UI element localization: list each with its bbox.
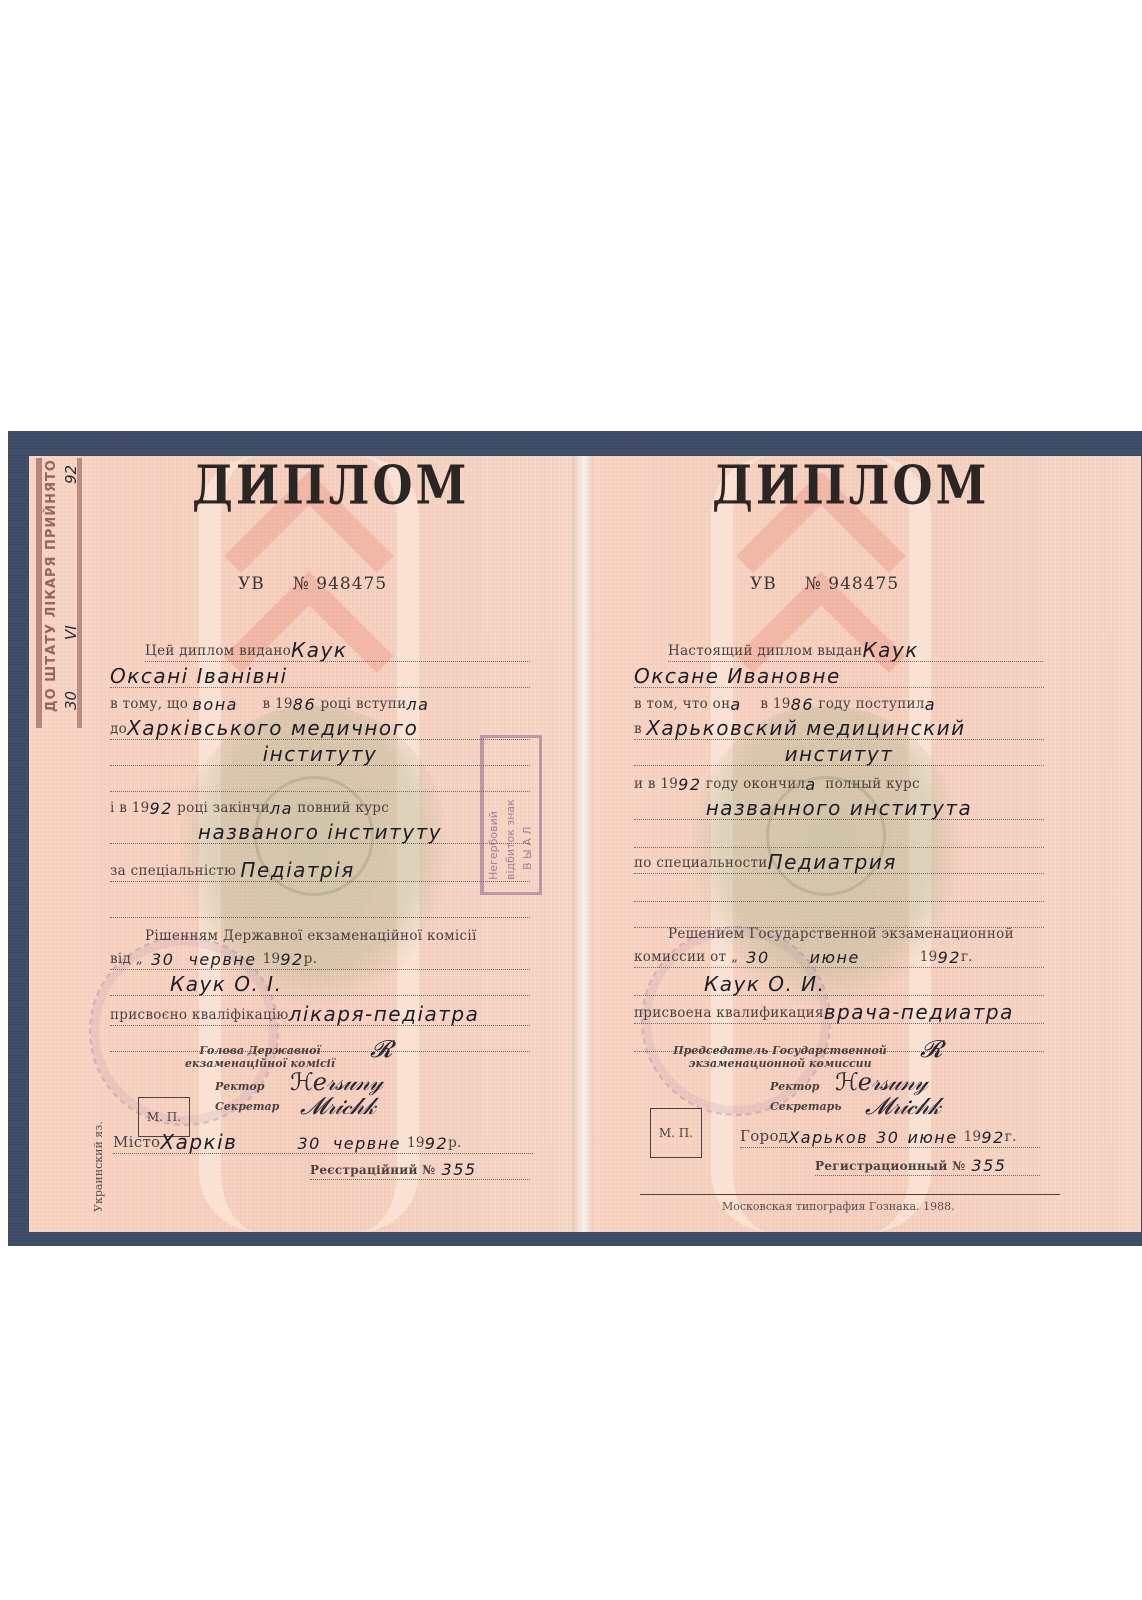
city: Харків [160,1132,237,1153]
specialty: Педиатрия [768,852,897,873]
holder-row: Каук О. І. [110,974,530,996]
institution-line2: институт [785,744,894,765]
year-prefix: 19 [407,1135,425,1153]
booklet-fold [572,456,594,1232]
diploma-number: 948475 [316,574,387,594]
commission-decision-label: Решением Государственной экзаменационной [668,926,1014,944]
blank-row [634,826,1044,848]
blank-row [634,880,1044,902]
commission-decision-label: Рішенням Державної екзаменаційної комісі… [145,928,477,946]
in-that-label: в тому, що [110,696,188,714]
city-date-row: Місто Харків 30 червне 19 92 р. [113,1132,533,1154]
surname: Каук [862,640,918,661]
finished-label: году окончил [706,776,806,794]
hired-stamp-month: VI [62,625,80,640]
serial-number-left: УВ№ 948475 [238,574,387,594]
registration-row: Регистрационный № 355 [815,1154,1040,1176]
given-names: Оксане Ивановне [634,666,841,687]
chair-signature: 𝓡 [370,1035,391,1063]
entry-year: 86 [791,697,814,714]
issue-day: 30 [297,1136,320,1153]
number-prefix: № [293,574,310,594]
year-suffix: р. [304,951,318,969]
series: УВ [238,574,265,594]
decision-day: 30 [151,952,174,969]
given-names-row: Оксані Іванівні [110,666,530,688]
specialty: Педіатрія [240,860,354,881]
to-label: в [634,721,642,739]
secretary-signature: 𝓜𝓇𝒾𝒸𝒽𝓀 [300,1092,375,1120]
entry-year: 86 [293,697,316,714]
language-note: Украинский яз. [92,1121,105,1212]
specialty-row: по специальности Педиатрия [634,852,1044,874]
commission-row: Решением Государственной экзаменационной [668,922,1048,944]
year-suffix: г. [961,949,973,967]
pronoun-suffix: а [730,697,760,714]
issue-month: июне [907,1130,957,1147]
diploma-title-left: ДИПЛОМ [192,454,469,516]
given-names: Оксані Іванівні [110,666,288,687]
institution-row-2: институт [634,744,1044,766]
surname: Каук [291,640,347,661]
commission-label: комиссии от „ [634,949,738,967]
institution-line1: Харківського медичного [127,718,418,739]
registration-number: 355 [442,1162,477,1179]
graduation-year-row: и в 19 92 году окончил а полный курс [634,772,1044,794]
year-prefix: 19 [964,1129,982,1147]
chair-label-line1: Председатель Государственной [660,1044,900,1057]
qualification: лікаря-педіатра [289,1004,480,1025]
issued-to-row: Цей диплом видано Каук [145,640,530,662]
rector-label: Ректор [770,1080,819,1093]
year-prefix: в 19 [760,696,790,714]
issued-to-row: Настоящий диплом выдан Каук [668,640,1043,662]
qualification-row: присвоєно кваліфікацію лікаря-педіатра [110,1004,530,1026]
chair-label: Председатель Государственной экзаменацио… [660,1044,900,1070]
full-course-label: повний курс [297,800,389,818]
number-prefix: № [805,574,822,594]
rector-label: Ректор [215,1080,264,1093]
printer-note: Московская типография Гознака. 1988. [722,1200,955,1213]
named-institute: названого інституту [198,822,442,843]
entered-label: році вступи [320,696,406,714]
holder-short-name: Каук О. И. [704,974,826,995]
secretary-signature: 𝓜𝓇𝒾𝒸𝒽𝓀 [865,1092,940,1120]
issue-month: червне [333,1136,401,1153]
registration-label: Реєстраційний № [310,1163,436,1179]
decision-day: 30 [746,950,769,967]
blank-row [110,770,530,792]
pronoun: вона [193,697,263,714]
bottom-rule [640,1194,1060,1195]
issue-day: 30 [876,1130,899,1147]
entry-year-row: в тому, що вона в 19 86 році вступи ла [110,692,530,714]
institution-row: в Харьковский медицинский [634,718,1044,740]
decision-date-row: від „ 30 червне 19 92 р. [110,948,530,970]
year-prefix: и в 19 [634,776,678,794]
year-prefix: 19 [263,951,281,969]
specialty-label: за спеціальністю [110,863,236,881]
city-date-row: Город Харьков 30 июне 19 92 г. [740,1126,1040,1148]
decision-year: 92 [280,952,303,969]
chair-label-line1: Голова Державної [175,1044,345,1057]
named-institute-row: названного института [634,798,1044,820]
graduation-year: 92 [678,777,701,794]
issue-year: 92 [981,1130,1004,1147]
to-label: до [110,721,127,739]
decision-month: червне [188,952,256,969]
entered-suffix: ла [406,697,429,714]
entry-year-row: в том, что он а в 19 86 году поступил а [634,692,1044,714]
holder-short-name: Каук О. І. [170,974,282,995]
from-label: від „ [110,951,143,969]
city: Харьков [788,1130,868,1147]
institution-line1: Харьковский медицинский [646,718,965,739]
entered-suffix: а [925,697,936,714]
secretary-label: Секретарь [770,1100,842,1113]
seal-placeholder-box: М. П. [650,1108,702,1158]
finished-suffix: ла [270,801,293,818]
named-institute: названного института [706,798,973,819]
city-label: Город [740,1127,788,1147]
issued-to-label: Цей диплом видано [145,643,291,661]
diploma-number: 948475 [828,574,899,594]
year-suffix: р. [448,1135,462,1153]
institution-row: до Харківського медичного [110,718,530,740]
secretary-label: Секретар [215,1100,279,1113]
year-suffix: г. [1005,1129,1017,1147]
year-prefix: в 19 [263,696,293,714]
graduation-year: 92 [149,801,172,818]
issue-year: 92 [425,1136,448,1153]
blank-row [110,896,530,918]
finished-label: році закінчи [177,800,270,818]
qualification-label: присвоена квалификация [634,1005,824,1023]
qualification-row: присвоена квалификация врача-педиатра [634,1002,1044,1024]
decision-date-row: комиссии от „ 30 июне 19 92 г. [634,946,1044,968]
qualification-label: присвоєно кваліфікацію [110,1007,289,1025]
hired-stamp-day: 30 [62,691,80,710]
year-prefix: і в 19 [110,800,149,818]
in-that-label: в том, что он [634,696,730,714]
specialty-label: по специальности [634,855,768,873]
registration-row: Реєстраційний № 355 [310,1158,530,1180]
registration-number: 355 [971,1158,1006,1175]
given-names-row: Оксане Ивановне [634,666,1044,688]
chair-label: Голова Державної екзаменаційної комісії [175,1044,345,1070]
named-institute-row: названого інституту [110,822,530,844]
decision-month: июне [810,950,860,967]
institution-row-2: інституту [110,744,530,766]
hired-stamp-text: ДО ШТАТУ ЛІКАРЯ ПРИЙНЯТО [44,459,59,712]
graduation-year-row: і в 19 92 році закінчи ла повний курс [110,796,530,818]
commission-row: Рішенням Державної екзаменаційної комісі… [145,924,535,946]
full-course-label: полный курс [825,776,920,794]
serial-number-right: УВ№ 948475 [750,574,899,594]
series: УВ [750,574,777,594]
institution-line2: інституту [263,744,378,765]
specialty-row: за спеціальністю Педіатрія [110,860,530,882]
decision-year: 92 [938,950,961,967]
chair-signature: 𝓡 [920,1035,941,1063]
registration-label: Регистрационный № [815,1159,965,1175]
diploma-title-right: ДИПЛОМ [712,454,989,516]
hired-stamp-strip [36,458,82,728]
year-prefix: 19 [920,949,938,967]
entered-label: году поступил [818,696,924,714]
qualification: врача-педиатра [824,1002,1014,1023]
holder-row: Каук О. И. [634,974,1044,996]
finished-suffix: а [805,777,816,794]
city-label: Місто [113,1133,160,1153]
hired-stamp-year: 92 [62,465,80,484]
issued-to-label: Настоящий диплом выдан [668,643,862,661]
